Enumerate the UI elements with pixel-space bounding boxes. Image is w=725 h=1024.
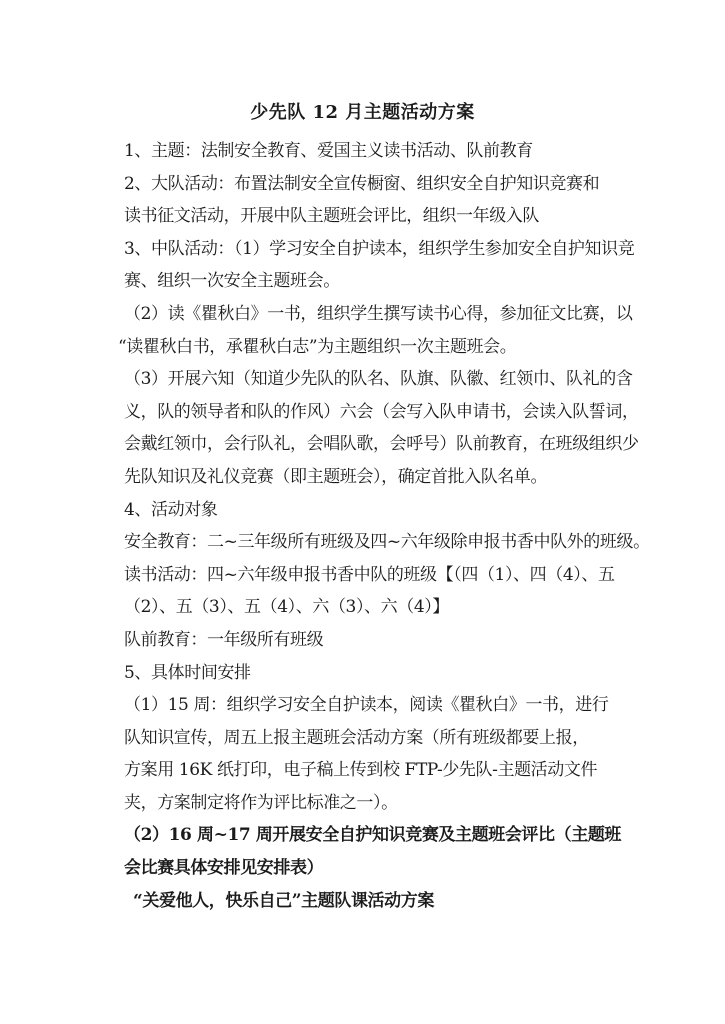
text-line: （3）开展六知（知道少先队的队名、队旗、队徽、红领巾、队礼的含 [124, 363, 640, 396]
text-line: 义，队的领导者和队的作风）六会（会写入队申请书，会读入队誓词， [124, 396, 640, 429]
text-line: 读书征文活动，开展中队主题班会评比，组织一年级入队 [124, 200, 640, 233]
document-page: 少先队 12 月主题活动方案 1、主题：法制安全教育、爱国主义读书活动、队前教育… [0, 0, 725, 1024]
text-line: 先队知识及礼仪竞赛（即主题班会），确定首批入队名单。 [124, 461, 640, 494]
text-line: 1、主题：法制安全教育、爱国主义读书活动、队前教育 [124, 135, 640, 168]
text-line: 读书活动：四~六年级申报书香中队的班级【（四（1）、四（4）、五 [124, 559, 640, 592]
text-line: 2、大队活动：布置法制安全宣传橱窗、组织安全自护知识竞赛和 [124, 168, 640, 201]
text-line: 5、具体时间安排 [124, 657, 640, 690]
text-line: 方案用 16K 纸打印，电子稿上传到校 FTP-少先队-主题活动文件 [124, 754, 640, 787]
text-line: 会戴红领巾，会行队礼，会唱队歌，会呼号）队前教育，在班级组织少 [124, 428, 640, 461]
text-line: “关爱他人，快乐自己”主题队课活动方案 [124, 885, 640, 918]
text-line: （2）16 周~17 周开展安全自护知识竞赛及主题班会评比（主题班 [124, 819, 640, 852]
text-line: 赛、组织一次安全主题班会。 [124, 265, 640, 298]
text-line: 3、中队活动：（1）学习安全自护读本，组织学生参加安全自护知识竞 [124, 233, 640, 266]
text-line: （2）、五（3）、五（4）、六（3）、六（4）】 [124, 591, 640, 624]
text-line: 会比赛具体安排见安排表） [124, 852, 640, 885]
document-body: 1、主题：法制安全教育、爱国主义读书活动、队前教育2、大队活动：布置法制安全宣传… [0, 135, 725, 917]
text-line: 安全教育：二~三年级所有班级及四~六年级除申报书香中队外的班级。 [124, 526, 640, 559]
text-line: “读瞿秋白书，承瞿秋白志”为主题组织一次主题班会。 [124, 331, 640, 364]
text-line: （1）15 周：组织学习安全自护读本，阅读《瞿秋白》一书，进行 [124, 689, 640, 722]
document-title: 少先队 12 月主题活动方案 [0, 96, 725, 130]
text-line: 4、活动对象 [124, 494, 640, 527]
text-line: 队知识宣传，周五上报主题班会活动方案（所有班级都要上报， [124, 722, 640, 755]
text-line: 队前教育：一年级所有班级 [124, 624, 640, 657]
text-line: （2）读《瞿秋白》一书，组织学生撰写读书心得，参加征文比赛，以 [124, 298, 640, 331]
text-line: 夹，方案制定将作为评比标准之一）。 [124, 787, 640, 820]
